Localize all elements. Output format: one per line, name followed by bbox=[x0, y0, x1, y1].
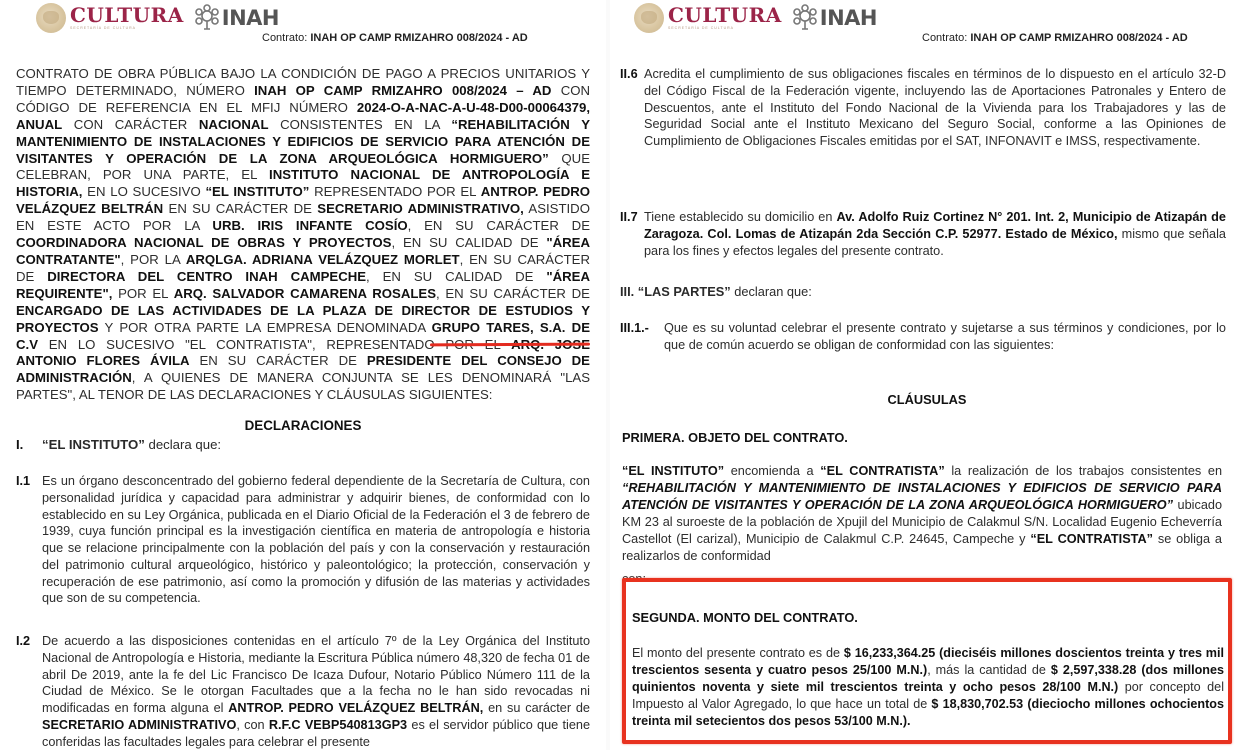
preamble-line: EN ESTE ACTO POR LA URB. IRIS INFANTE CO… bbox=[16, 218, 590, 235]
cultura-subtitle: SECRETARÍA DE CULTURA bbox=[70, 27, 184, 31]
preamble-line: PROYECTOS Y POR OTRA PARTE LA EMPRESA DE… bbox=[16, 320, 590, 337]
cultura-wordmark: CULTURA bbox=[70, 5, 184, 25]
party-name: “EL INSTITUTO” bbox=[42, 437, 145, 452]
contract-label: Contrato: bbox=[922, 32, 967, 44]
cultura-wordmark: CULTURA bbox=[668, 5, 782, 25]
declaration-text: De acuerdo a las disposiciones contenida… bbox=[42, 633, 590, 750]
contract-page-left: CULTURA SECRETARÍA DE CULTURA INAH Contr… bbox=[0, 0, 606, 750]
contract-reference: Contrato: INAH OP CAMP RMIZAHRO 008/2024… bbox=[262, 32, 528, 44]
declaration-text: Tiene establecido su domicilio en Av. Ad… bbox=[644, 209, 1226, 259]
preamble-line: ADMINISTRACIÓN, A QUIENES DE MANERA CONJ… bbox=[16, 370, 590, 387]
mexico-seal-icon bbox=[36, 3, 66, 33]
declaration-text: Es un órgano desconcentrado del gobierno… bbox=[42, 473, 590, 607]
preamble-line: TIEMPO DETERMINADO, NÚMERO INAH OP CAMP … bbox=[16, 83, 590, 100]
preamble-line: PARTES", AL TENOR DE LAS DECLARACIONES Y… bbox=[16, 387, 590, 404]
cultura-logo: CULTURA SECRETARÍA DE CULTURA bbox=[70, 5, 184, 31]
segunda-clause-text: El monto del presente contrato es de $ 1… bbox=[632, 645, 1224, 730]
contract-reference: Contrato: INAH OP CAMP RMIZAHRO 008/2024… bbox=[922, 32, 1188, 44]
contract-label: Contrato: bbox=[262, 32, 307, 44]
primera-clause-text: “EL INSTITUTO” encomienda a “EL CONTRATI… bbox=[622, 463, 1222, 565]
section-iii-heading: III. “LAS PARTES” declaran que: bbox=[620, 284, 812, 299]
preamble-line: MANTENIMIENTO DE INSTALACIONES Y EDIFICI… bbox=[16, 134, 590, 151]
preamble-line: CELEBRAN, POR UNA PARTE, EL INSTITUTO NA… bbox=[16, 167, 590, 184]
section-i-heading: I.“EL INSTITUTO” declara que: bbox=[16, 437, 221, 452]
preamble-line: ANUAL CON CARÁCTER NACIONAL CONSISTENTES… bbox=[16, 117, 590, 134]
preamble-line: ENCARGADO DE LAS ACTIVIDADES DE LA PLAZA… bbox=[16, 303, 590, 320]
preamble-line: CÓDIGO DE REFERENCIA EN EL MFIJ NÚMERO 2… bbox=[16, 100, 590, 117]
preamble-line: HISTORIA, EN LO SUCESIVO “EL INSTITUTO” … bbox=[16, 184, 590, 201]
header-logos: CULTURA SECRETARÍA DE CULTURA INAH bbox=[36, 2, 279, 34]
preamble-line: ANTONIO FLORES ÁVILA EN SU CARÁCTER DE P… bbox=[16, 353, 590, 370]
contract-number: INAH OP CAMP RMIZAHRO 008/2024 - AD bbox=[970, 32, 1187, 44]
clausulas-heading: CLÁUSULAS bbox=[610, 392, 1244, 407]
preamble-line: VISITANTES Y OPERACIÓN DE LA ZONA ARQUEO… bbox=[16, 151, 590, 168]
contract-number: INAH OP CAMP RMIZAHRO 008/2024 - AD bbox=[310, 32, 527, 44]
party-name: “LAS PARTES” bbox=[638, 284, 731, 299]
preamble-line: COORDINADORA NACIONAL DE OBRAS Y PROYECT… bbox=[16, 235, 590, 252]
cultura-subtitle: SECRETARÍA DE CULTURA bbox=[668, 27, 782, 31]
cultura-logo: CULTURA SECRETARÍA DE CULTURA bbox=[668, 5, 782, 31]
inah-wordmark: INAH bbox=[222, 6, 279, 30]
preamble-line: CONTRATO DE OBRA PÚBLICA BAJO LA CONDICI… bbox=[16, 66, 590, 83]
declaration-text: Que es su voluntad celebrar el presente … bbox=[664, 320, 1226, 354]
preamble-line: CONTRATANTE", POR LA ARQLGA. ADRIANA VEL… bbox=[16, 252, 590, 269]
contract-preamble: CONTRATO DE OBRA PÚBLICA BAJO LA CONDICI… bbox=[16, 66, 590, 404]
contract-page-right: CULTURA SECRETARÍA DE CULTURA INAH Contr… bbox=[610, 0, 1244, 750]
segunda-clause-heading: SEGUNDA. MONTO DEL CONTRATO. bbox=[632, 610, 858, 625]
preamble-line: VELÁZQUEZ BELTRÁN EN SU CARÁCTER DE SECR… bbox=[16, 201, 590, 218]
inah-emblem-icon bbox=[194, 4, 220, 32]
primera-clause-heading: PRIMERA. OBJETO DEL CONTRATO. bbox=[622, 430, 848, 445]
mexico-seal-icon bbox=[634, 3, 664, 33]
header-logos: CULTURA SECRETARÍA DE CULTURA INAH bbox=[634, 2, 877, 34]
declaraciones-heading: DECLARACIONES bbox=[0, 418, 606, 433]
declaration-text: Acredita el cumplimiento de sus obligaci… bbox=[644, 66, 1226, 150]
preamble-line: REQUIRENTE", POR EL ARQ. SALVADOR CAMARE… bbox=[16, 286, 590, 303]
preamble-line: DE DIRECTORA DEL CENTRO INAH CAMPECHE, E… bbox=[16, 269, 590, 286]
inah-emblem-icon bbox=[792, 4, 818, 32]
inah-wordmark: INAH bbox=[820, 6, 877, 30]
